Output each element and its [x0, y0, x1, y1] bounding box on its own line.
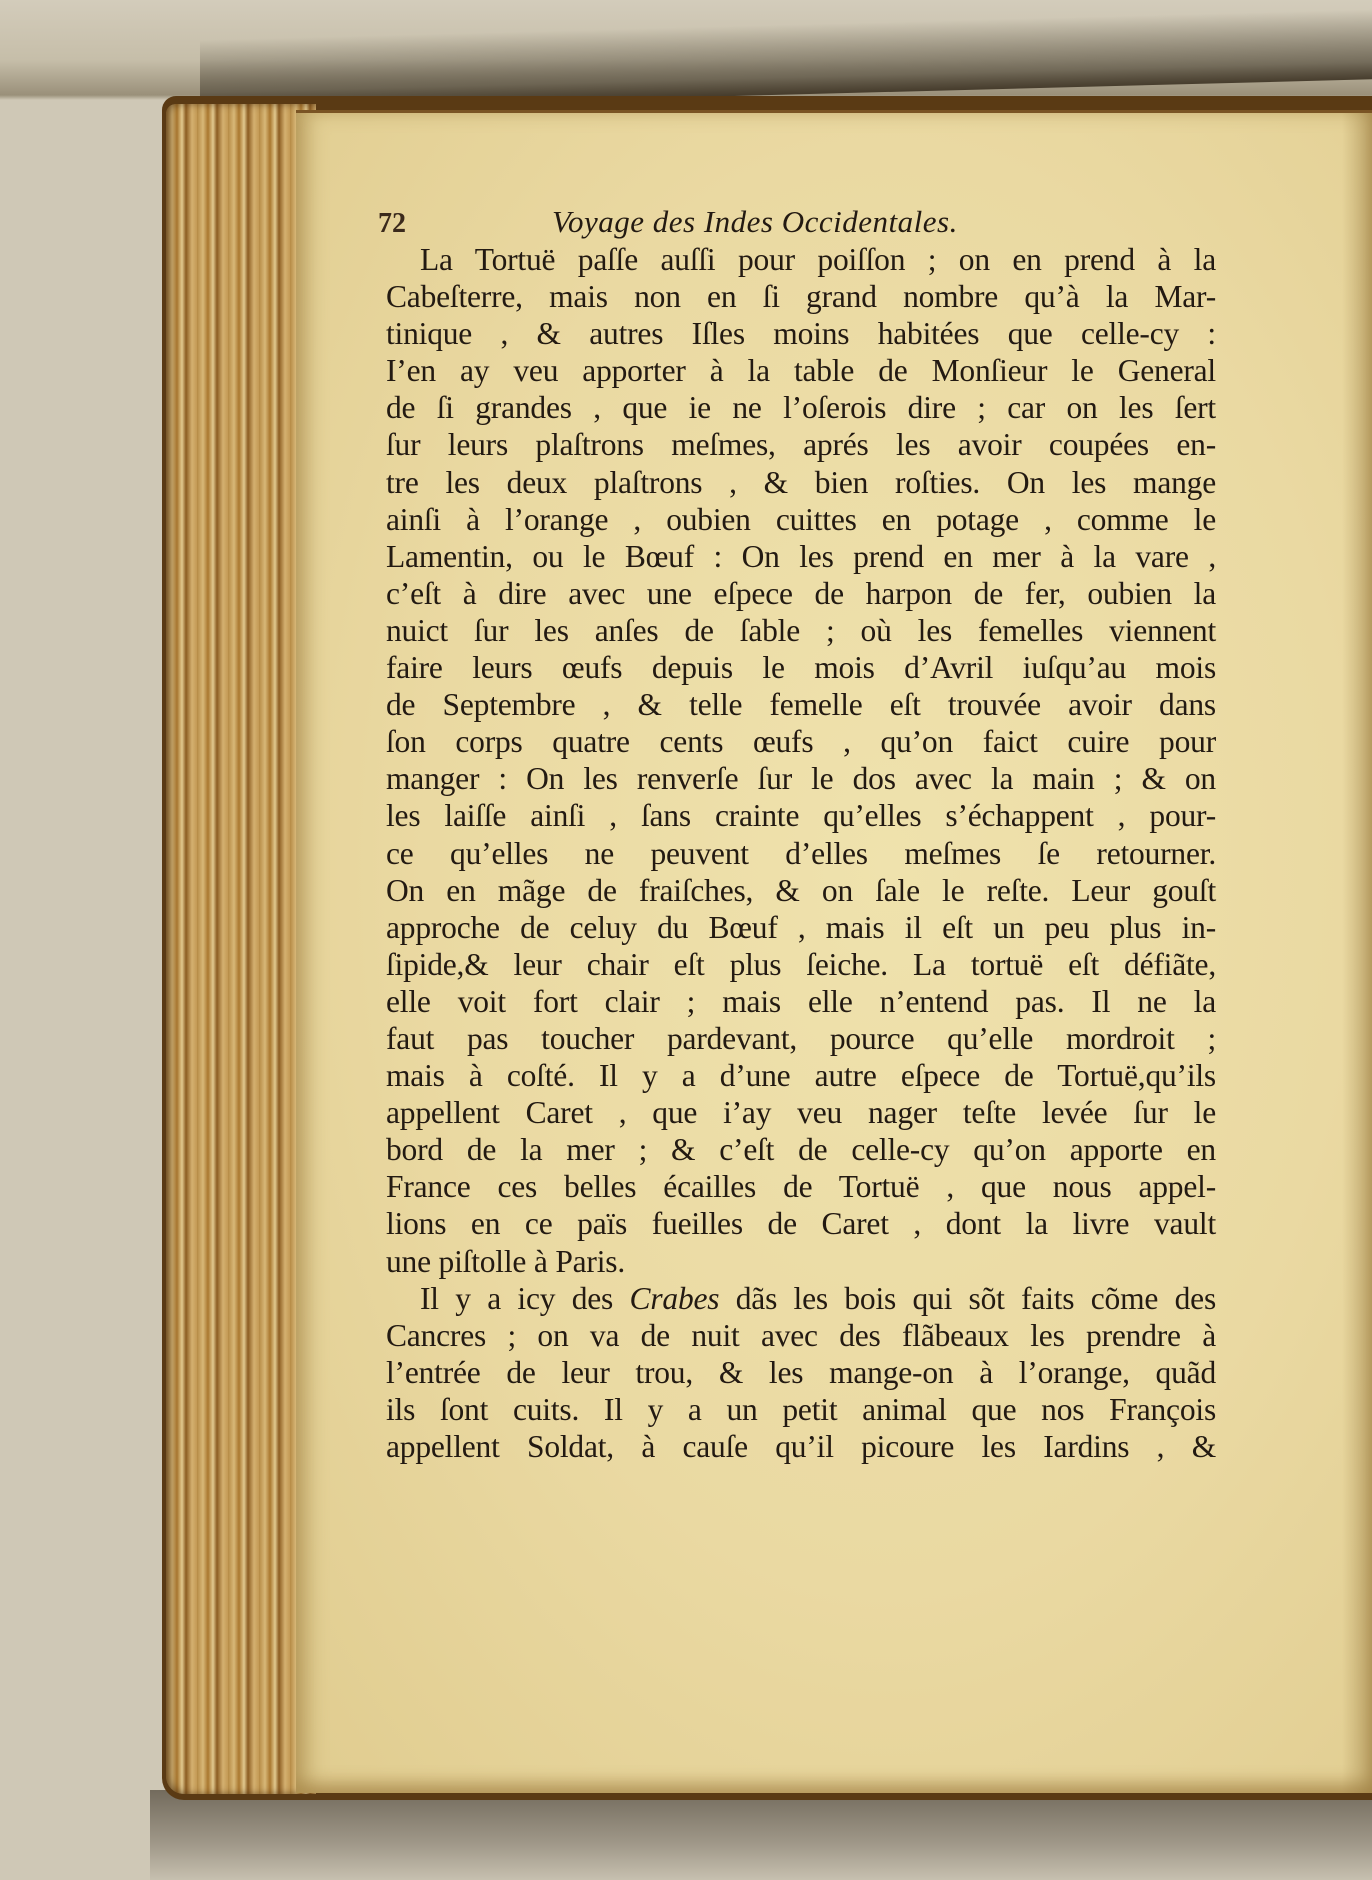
text-line: France ces belles écailles de Tortuë , q…: [386, 1168, 1216, 1205]
book-page: 72 Voyage des Indes Occidentales. La Tor…: [296, 110, 1372, 1793]
body-text: La Tortuë paſſe auſſi pour poiſſon ; on …: [386, 241, 1216, 1465]
page-number: 72: [378, 205, 448, 243]
text-line: elle voit fort clair ; mais elle n’enten…: [386, 983, 1216, 1020]
text-line: Cabeſterre, mais non en ſi grand nombre …: [386, 278, 1216, 315]
text-segment: dãs les bois qui sõt faits cõme des: [719, 1281, 1216, 1316]
text-line: ainſi à l’orange , oubien cuittes en pot…: [386, 501, 1216, 538]
text-line: de Septembre , & telle femelle eſt trouv…: [386, 686, 1216, 723]
text-line: l’entrée de leur trou, & les mange-on à …: [386, 1354, 1216, 1391]
text-line: ſon corps quatre cents œufs , qu’on faic…: [386, 723, 1216, 760]
text-segment: Il y a icy des: [420, 1281, 630, 1316]
text-line: I’en ay veu apporter à la table de Monſi…: [386, 352, 1216, 389]
text-block: 72 Voyage des Indes Occidentales. La Tor…: [386, 203, 1216, 1465]
text-line: mais à coſté. Il y a d’une autre eſpece …: [386, 1057, 1216, 1094]
text-line: On en mãge de fraiſches, & on ſale le re…: [386, 872, 1216, 909]
text-line: nuict ſur les anſes de ſable ; où les fe…: [386, 612, 1216, 649]
book-bottom-shadow: [150, 1790, 1372, 1880]
running-head: 72 Voyage des Indes Occidentales.: [378, 203, 1216, 241]
text-line: ſipide,& leur chair eſt plus ſeiche. La …: [386, 946, 1216, 983]
text-line: faire leurs œufs depuis le mois d’Avril …: [386, 649, 1216, 686]
text-line: bord de la mer ; & c’eſt de celle-cy qu’…: [386, 1131, 1216, 1168]
text-line: Il y a icy des Crabes dãs les bois qui s…: [386, 1280, 1216, 1317]
text-line: manger : On les renverſe ſur le dos avec…: [386, 760, 1216, 797]
text-line: appellent Caret , que i’ay veu nager teſ…: [386, 1094, 1216, 1131]
text-line: ils ſont cuits. Il y a un petit animal q…: [386, 1391, 1216, 1428]
italic-term-crabes: Crabes: [630, 1281, 720, 1316]
page-fore-edge-stack: [166, 104, 316, 1794]
text-line: ſur leurs plaſtrons meſmes, aprés les av…: [386, 426, 1216, 463]
text-line: appellent Soldat, à cauſe qu’il picoure …: [386, 1428, 1216, 1465]
text-line: les laiſſe ainſi , ſans crainte qu’elles…: [386, 797, 1216, 834]
page-gutter-shading: [1342, 113, 1372, 1793]
text-line: tinique , & autres Iſles moins habitées …: [386, 315, 1216, 352]
text-line: faut pas toucher pardevant, pource qu’el…: [386, 1020, 1216, 1057]
text-line: tre les deux plaſtrons , & bien roſties.…: [386, 464, 1216, 501]
paragraph-end-line: une piſtolle à Paris.: [386, 1243, 1216, 1280]
text-line: Lamentin, ou le Bœuf : On les prend en m…: [386, 538, 1216, 575]
text-line: de ſi grandes , que ie ne l’oſerois dire…: [386, 389, 1216, 426]
running-title: Voyage des Indes Occidentales.: [552, 203, 958, 241]
text-line: ce qu’elles ne peuvent d’elles meſmes ſe…: [386, 835, 1216, 872]
text-line: lions en ce païs fueilles de Caret , don…: [386, 1205, 1216, 1242]
text-line: c’eſt à dire avec une eſpece de harpon d…: [386, 575, 1216, 612]
text-line: La Tortuë paſſe auſſi pour poiſſon ; on …: [386, 241, 1216, 278]
text-line: approche de celuy du Bœuf , mais il eſt …: [386, 909, 1216, 946]
text-line: Cancres ; on va de nuit avec des flãbeau…: [386, 1317, 1216, 1354]
